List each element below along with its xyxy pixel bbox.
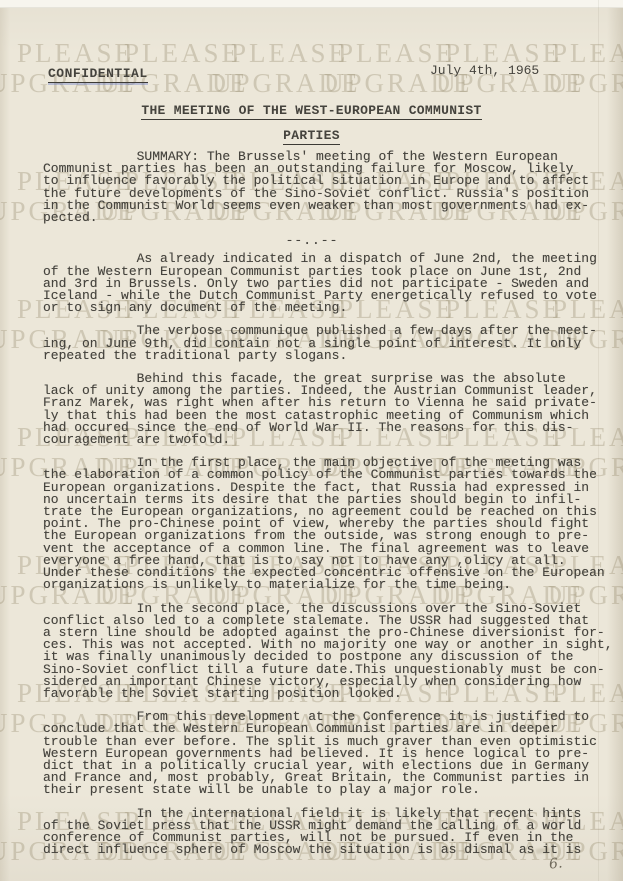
scanned-document-page: PLEASEUPGRADEPLEASEUPGRADEPLEASEUPGRADEP… (0, 0, 623, 881)
watermark-word: PLEASE (552, 40, 623, 67)
paragraph: As already indicated in a dispatch of Ju… (43, 253, 613, 314)
paragraph: In the international field it is likely … (43, 808, 613, 857)
watermark-word: UPGRADE (212, 70, 361, 97)
title-line-2: PARTIES (283, 128, 340, 145)
handwritten-page-number: 6. (548, 855, 563, 872)
document-body: SUMMARY: The Brussels' meeting of the We… (43, 151, 613, 867)
paragraph: From this development at the Conference … (43, 711, 613, 796)
paragraph: In the second place, the discussions ove… (43, 603, 613, 701)
watermark-word: PLEASE (124, 40, 241, 67)
paragraph: In the first place, the main objective o… (43, 457, 613, 591)
title-line-1: THE MEETING OF THE WEST-EUROPEAN COMMUNI… (141, 103, 481, 120)
watermark-word: PLEASE (17, 40, 134, 67)
paragraph: Behind this facade, the great surprise w… (43, 373, 613, 446)
document-date: July 4th, 1965 (430, 63, 539, 78)
section-divider: --..-- (43, 235, 581, 247)
classification-stamp: CONFIDENTIAL (48, 66, 148, 83)
paragraph: SUMMARY: The Brussels' meeting of the We… (43, 151, 613, 224)
watermark-word: PLEASE (231, 40, 348, 67)
paragraph: The verbose communique published a few d… (43, 325, 613, 362)
document-title: THE MEETING OF THE WEST-EUROPEAN COMMUNI… (0, 103, 623, 145)
watermark-word: UPGRADE (548, 70, 623, 97)
scan-edge-strip (0, 0, 623, 8)
